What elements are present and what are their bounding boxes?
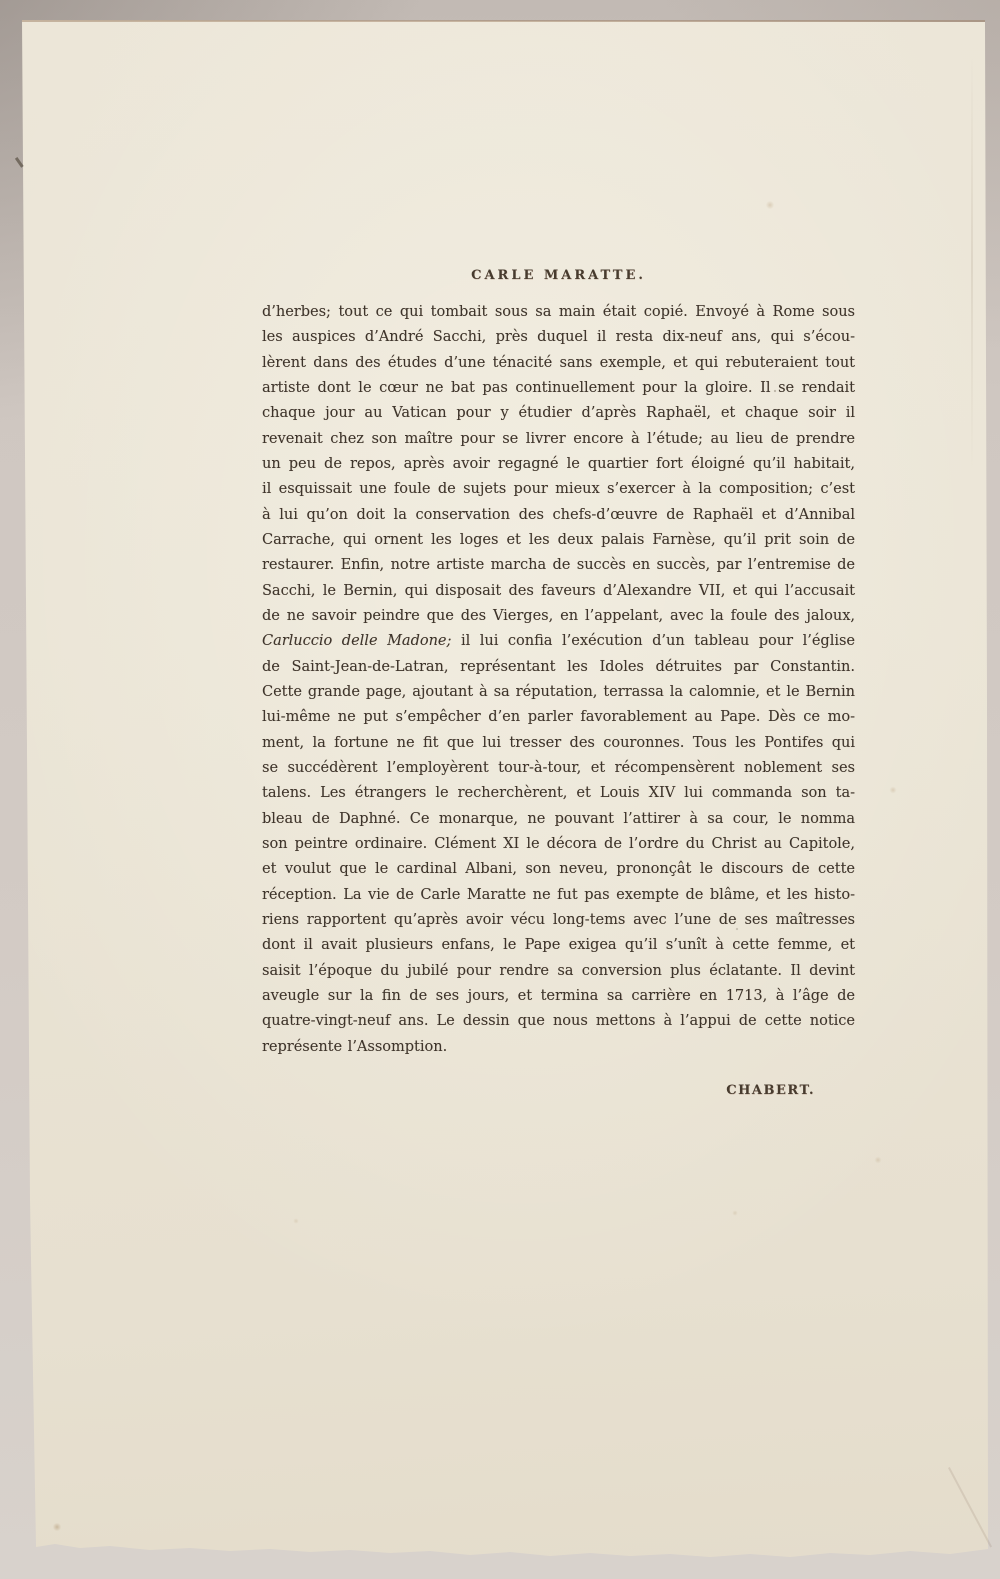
- page-title: CARLE MARATTE.: [262, 268, 855, 283]
- text-line: Carrache, qui ornent les loges et les de…: [262, 528, 855, 553]
- photo-background: { "document": { "header": "CARLE MARATTE…: [0, 0, 1000, 1579]
- text-line: revenait chez son maître pour se livrer …: [262, 427, 855, 452]
- italic-phrase: Carluccio delle Madone;: [262, 633, 451, 649]
- text-line: représente l’Assomption.: [262, 1035, 855, 1060]
- text-line: bleau de Daphné. Ce monarque, ne pouvant…: [262, 807, 855, 832]
- text-line: restaurer. Enfin, notre artiste marcha d…: [262, 553, 855, 578]
- text-line: les auspices d’André Sacchi, près duquel…: [262, 325, 855, 350]
- text-line: Cette grande page, ajoutant à sa réputat…: [262, 680, 855, 705]
- text-line: lui-même ne put s’empêcher d’en parler f…: [262, 705, 855, 730]
- text-line: il esquissait une foule de sujets pour m…: [262, 477, 855, 502]
- text-line: de Saint-Jean-de-Latran, représentant le…: [262, 655, 855, 680]
- text-line: dont il avait plusieurs enfans, le Pape …: [262, 933, 855, 958]
- text-line: à lui qu’on doit la conservation des che…: [262, 503, 855, 528]
- paper-sheet: CARLE MARATTE. d’herbes; tout ce qui tom…: [0, 0, 1000, 1579]
- paper-top-edge: [22, 20, 985, 22]
- paper-edge-notch: [15, 157, 23, 167]
- text-line: réception. La vie de Carle Maratte ne fu…: [262, 883, 855, 908]
- text-line: et voulut que le cardinal Albani, son ne…: [262, 857, 855, 882]
- paper-crease: [971, 55, 973, 475]
- text-line: Carluccio delle Madone; il lui confia l’…: [262, 629, 855, 654]
- text-line: ment, la fortune ne fit que lui tresser …: [262, 731, 855, 756]
- text-line: Sacchi, le Bernin, qui disposait des fav…: [262, 579, 855, 604]
- text-line: aveugle sur la fin de ses jours, et term…: [262, 984, 855, 1009]
- text-line: chaque jour au Vatican pour y étudier d’…: [262, 401, 855, 426]
- text-line: lèrent dans des études d’une ténacité sa…: [262, 351, 855, 376]
- text-line: saisit l’époque du jubilé pour rendre sa…: [262, 959, 855, 984]
- text-line: de ne savoir peindre que des Vierges, en…: [262, 604, 855, 629]
- text-line: un peu de repos, après avoir regagné le …: [262, 452, 855, 477]
- body-text-block: d’herbes; tout ce qui tombait sous sa ma…: [262, 300, 855, 1060]
- text-line: artiste dont le cœur ne bat pas continue…: [262, 376, 855, 401]
- signature: CHABERT.: [262, 1083, 815, 1098]
- text-line: se succédèrent l’employèrent tour-à-tour…: [262, 756, 855, 781]
- text-line: talens. Les étrangers le recherchèrent, …: [262, 781, 855, 806]
- text-line: riens rapportent qu’après avoir vécu lon…: [262, 908, 855, 933]
- text-line: quatre-vingt-neuf ans. Le dessin que nou…: [262, 1009, 855, 1034]
- text-line: d’herbes; tout ce qui tombait sous sa ma…: [262, 300, 855, 325]
- text-line: son peintre ordinaire. Clément XI le déc…: [262, 832, 855, 857]
